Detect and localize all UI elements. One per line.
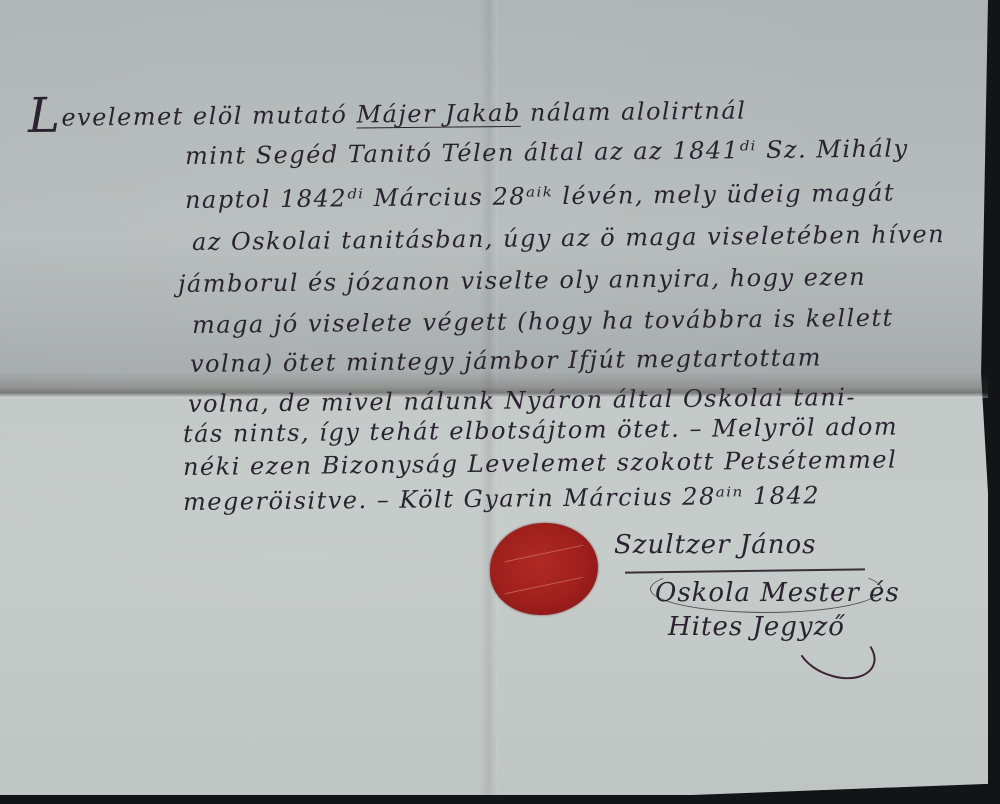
initial-capital: L — [28, 88, 62, 144]
signature-title: Oskola Mester és — [655, 578, 900, 608]
letter-line-1: Levelemet elöl mutató Májer Jakab nálam … — [28, 84, 747, 140]
document-photo: Levelemet elöl mutató Májer Jakab nálam … — [0, 0, 1000, 804]
line-text: evelemet elöl mutató — [61, 101, 356, 132]
signature-name: Szultzer János — [614, 530, 816, 560]
line-text-end: nálam alolirtnál — [521, 96, 747, 126]
subject-name: Májer Jakab — [356, 99, 521, 129]
